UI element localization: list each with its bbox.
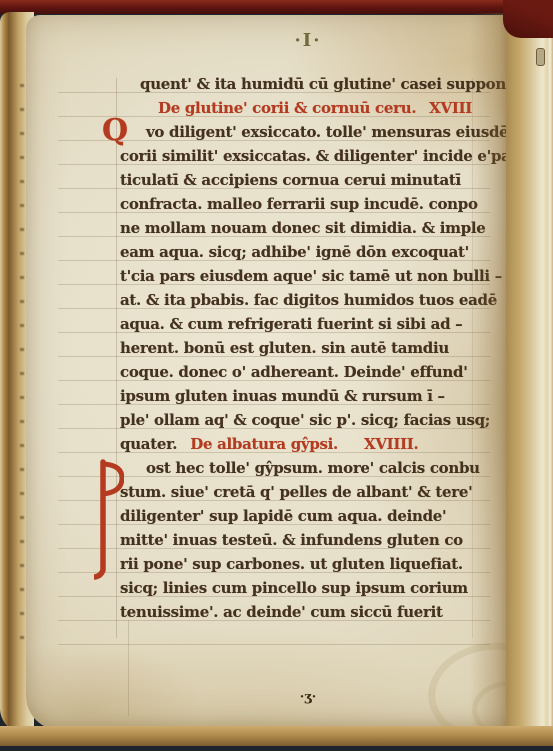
rubric-text: De glutine' corii & cornuū ceru. [158, 96, 416, 120]
catchline: quent' & ita humidū cū glutine' casei su… [120, 72, 476, 96]
text-block: quent' & ita humidū cū glutine' casei su… [120, 72, 476, 624]
binding-corner-top-right [503, 0, 553, 38]
text-line: at. & ita pbabis. fac digitos humidos tu… [120, 288, 476, 312]
manuscript-photo: ·I· quent' & ita humidū cū glutine' case… [0, 0, 553, 751]
text-line: sicq; linies cum pincello sup ipsum cori… [120, 576, 476, 600]
text-line: rii pone' sup carbones. ut gluten liquef… [120, 552, 476, 576]
binding-tie [536, 48, 545, 66]
text-line: ipsum gluten inuas mundū & rursum ī – [120, 384, 476, 408]
initial-p-letter [94, 458, 124, 580]
chapter1-lines: corii similit' exsiccatas. & diligenter'… [120, 144, 476, 432]
text-line: corii similit' exsiccatas. & diligenter'… [120, 144, 476, 168]
rubric-chapter1: De glutine' corii & cornuū ceru. XVIII [120, 96, 476, 120]
text-line: Q vo diligent' exsiccato. tolle' mensura… [120, 120, 476, 144]
text-line: aqua. & cum refrigerati fuerint si sibi … [120, 312, 476, 336]
text-line: herent. bonū est gluten. sin autē tamdiu [120, 336, 476, 360]
folio-mark-top: ·I· [278, 30, 338, 51]
chapter2-lines: stum. siue' cretā q' pelles de albant' &… [120, 480, 476, 624]
initial-q-letter: Q [102, 116, 128, 146]
text-line: ost hec tolle' gŷpsum. more' calcis conb… [120, 456, 476, 480]
text-line-with-rubric: quater. De albatura gŷpsi. XVIIII. [120, 432, 476, 456]
text-line: diligenter' sup lapidē cum aqua. deinde' [120, 504, 476, 528]
text-line: t'cia pars eiusdem aque' sic tamē ut non… [120, 264, 476, 288]
facing-page-edge [506, 13, 553, 746]
text-line: stum. siue' cretā q' pelles de albant' &… [120, 480, 476, 504]
prick-marks [20, 84, 24, 646]
text-line: tenuissime'. ac deinde' cum siccū fuerit [120, 600, 476, 624]
text-line-content: vo diligent' exsiccato. tolle' mensuras … [146, 123, 508, 141]
chapter-number: XVIIII. [364, 432, 418, 456]
text-line: ple' ollam aq' & coque' sic p'. sicq; fa… [120, 408, 476, 432]
text-line: eam aqua. sicq; adhibe' ignē dōn excoqua… [120, 240, 476, 264]
text-line: coque. donec o' adhereant. Deinde' effun… [120, 360, 476, 384]
rubric-chapter2: De albatura gŷpsi. [190, 432, 338, 456]
text-line: ticulatī & accipiens cornua cerui minuta… [120, 168, 476, 192]
text-line: ne mollam nouam donec sit dimidia. & imp… [120, 216, 476, 240]
text-line: mitte' inuas testeū. & infundens gluten … [120, 528, 476, 552]
text-line: confracta. malleo ferrarii sup incudē. c… [120, 192, 476, 216]
binding-top-edge [0, 0, 553, 14]
chapter-number: XVIII [429, 96, 476, 120]
text-line-content: ost hec tolle' gŷpsum. more' calcis conb… [146, 459, 480, 477]
closing-word: quater. [120, 432, 177, 456]
crease-line [128, 620, 129, 716]
quire-mark-bottom: ·ʒ· [288, 690, 328, 705]
page-stack-bottom-edge [0, 726, 553, 746]
